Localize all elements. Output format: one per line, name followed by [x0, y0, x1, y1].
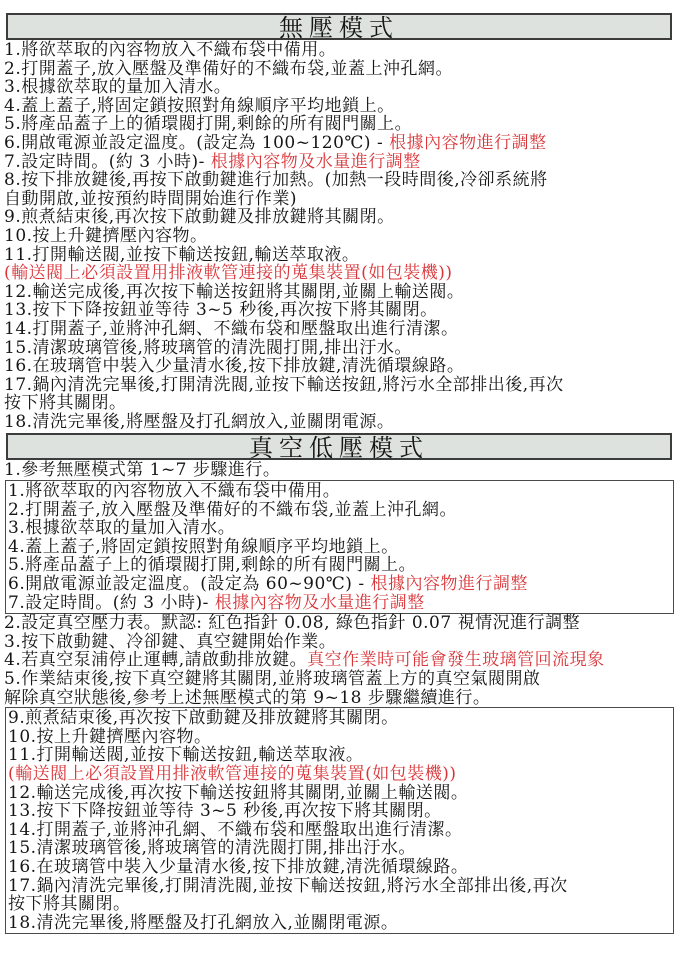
step-text: 11.打開輸送閥,並按下輸送按鈕,輸送萃取液。 — [8, 745, 363, 765]
step-line: 9.煎煮結束後,再次按下啟動鍵及排放鍵將其關閉。 — [4, 208, 675, 227]
step-text: 12.輸送完成後,再次按下輸送按鈕將其關閉,並關上輸送閥。 — [8, 783, 468, 803]
step-text: 6.開啟電源並設定溫度。(設定為 60~90℃) - — [8, 574, 370, 594]
step-text: 15.清潔玻璃管後,將玻璃管的清洗閥打開,排出汙水。 — [8, 838, 416, 858]
step-line: 2.打開蓋子,放入壓盤及準備好的不織布袋,並蓋上沖孔網。 — [8, 501, 673, 520]
vacuum-mode-box-steps-1-7: 1.將欲萃取的內容物放入不織布袋中備用。2.打開蓋子,放入壓盤及準備好的不織布袋… — [5, 480, 674, 614]
step-text: 18.清洗完畢後,將壓盤及打孔網放入,並關閉電源。 — [8, 913, 398, 933]
step-line: 7.設定時間。(約 3 小時)- 根據內容物及水量進行調整 — [4, 153, 675, 172]
step-line: 4.蓋上蓋子,將固定鎖按照對角線順序平均地鎖上。 — [4, 97, 675, 116]
step-line: 14.打開蓋子,並將沖孔網、不織布袋和壓盤取出進行清潔。 — [8, 821, 673, 840]
step-line: (輸送閥上必須設置用排液軟管連接的蒐集裝置(如包裝機)) — [8, 765, 673, 784]
step-line: 14.打開蓋子,並將沖孔網、不織布袋和壓盤取出進行清潔。 — [4, 320, 675, 339]
step-line: 11.打開輸送閥,並按下輸送按鈕,輸送萃取液。 — [4, 246, 675, 265]
step-note-red: 根據內容物進行調整 — [370, 574, 528, 594]
step-line: 1.將欲萃取的內容物放入不織布袋中備用。 — [8, 482, 673, 501]
step-text: 1.將欲萃取的內容物放入不織布袋中備用。 — [8, 481, 340, 501]
step-line: 自動開啟,並按預約時間開始進行作業) — [4, 190, 675, 209]
step-text: 5.將產品蓋子上的循環閥打開,剩餘的所有閥門關上。 — [8, 555, 416, 575]
step-text: 3.根據欲萃取的量加入清水。 — [4, 77, 231, 97]
step-line: 按下將其關閉。 — [8, 895, 673, 914]
step-line: 13.按下下降按鈕並等待 3~5 秒後,再次按下將其關閉。 — [4, 301, 675, 320]
step-text: 9.煎煮結束後,再次按下啟動鍵及排放鍵將其關閉。 — [8, 708, 399, 728]
step-text: 5.作業結束後,按下真空鍵將其關閉,並將玻璃管蓋上方的真空氣閥開啟 — [4, 669, 541, 689]
step-text: 16.在玻璃管中裝入少量清水後,按下排放鍵,清洗循環線路。 — [4, 356, 464, 376]
step-text: 1.將欲萃取的內容物放入不織布袋中備用。 — [4, 40, 336, 60]
step-line: 2.設定真空壓力表。默認: 紅色指針 0.08, 綠色指針 0.07 視情況進行… — [4, 614, 675, 633]
step-note-red: 根據內容物進行調整 — [389, 133, 547, 153]
step-text: 11.打開輸送閥,並按下輸送按鈕,輸送萃取液。 — [4, 245, 359, 265]
step-line: 15.清潔玻璃管後,將玻璃管的清洗閥打開,排出汙水。 — [8, 839, 673, 858]
step-text: 2.打開蓋子,放入壓盤及準備好的不織布袋,並蓋上沖孔網。 — [8, 500, 457, 520]
step-line: 6.開啟電源並設定溫度。(設定為 100~120℃) - 根據內容物進行調整 — [4, 134, 675, 153]
step-line: 3.按下啟動鍵、冷卻鍵、真空鍵開始作業。 — [4, 633, 675, 652]
step-text: 按下將其關閉。 — [8, 894, 131, 914]
step-line: 4.若真空泵浦停止運轉,請啟動排放鍵。真空作業時可能會發生玻璃管回流現象 — [4, 651, 675, 670]
step-note-red: (輸送閥上必須設置用排液軟管連接的蒐集裝置(如包裝機)) — [4, 263, 453, 283]
step-text: 15.清潔玻璃管後,將玻璃管的清洗閥打開,排出汙水。 — [4, 338, 412, 358]
step-line: 1.將欲萃取的內容物放入不織布袋中備用。 — [4, 41, 675, 60]
step-text: 13.按下下降按鈕並等待 3~5 秒後,再次按下將其關閉。 — [4, 300, 438, 320]
section-title-no-pressure-mode: 無壓模式 — [6, 13, 672, 40]
step-text: 4.若真空泵浦停止運轉,請啟動排放鍵。 — [4, 650, 307, 670]
step-line: 3.根據欲萃取的量加入清水。 — [8, 519, 673, 538]
step-line: 15.清潔玻璃管後,將玻璃管的清洗閥打開,排出汙水。 — [4, 339, 675, 358]
vacuum-mode-box-steps-9-18: 9.煎煮結束後,再次按下啟動鍵及排放鍵將其關閉。10.按上升鍵擠壓內容物。11.… — [5, 707, 674, 934]
step-note-red: 根據內容物及水量進行調整 — [211, 152, 421, 172]
step-text: 3.按下啟動鍵、冷卻鍵、真空鍵開始作業。 — [4, 632, 336, 652]
step-text: 17.鍋內清洗完畢後,打開清洗閥,並按下輸送按鈕,將污水全部排出後,再次 — [4, 375, 564, 395]
step-text: 12.輸送完成後,再次按下輸送按鈕將其關閉,並關上輸送閥。 — [4, 282, 464, 302]
step-line: 17.鍋內清洗完畢後,打開清洗閥,並按下輸送按鈕,將污水全部排出後,再次 — [8, 877, 673, 896]
step-text: 1.參考無壓模式第 1~7 步驟進行。 — [4, 460, 280, 480]
step-line: 5.作業結束後,按下真空鍵將其關閉,並將玻璃管蓋上方的真空氣閥開啟 — [4, 670, 675, 689]
step-note-red: 根據內容物及水量進行調整 — [215, 593, 425, 613]
step-line: 3.根據欲萃取的量加入清水。 — [4, 78, 675, 97]
step-text: 4.蓋上蓋子,將固定鎖按照對角線順序平均地鎖上。 — [8, 537, 399, 557]
step-text: 按下將其關閉。 — [4, 393, 127, 413]
step-line: 8.按下排放鍵後,再按下啟動鍵進行加熱。(加熱一段時間後,冷卻系統將 — [4, 171, 675, 190]
step-text: 17.鍋內清洗完畢後,打開清洗閥,並按下輸送按鈕,將污水全部排出後,再次 — [8, 876, 568, 896]
step-text: 14.打開蓋子,並將沖孔網、不織布袋和壓盤取出進行清潔。 — [8, 820, 462, 840]
step-note-red: 真空作業時可能會發生玻璃管回流現象 — [307, 650, 605, 670]
no-pressure-mode-steps: 1.將欲萃取的內容物放入不織布袋中備用。2.打開蓋子,放入壓盤及準備好的不織布袋… — [4, 41, 675, 431]
step-note-red: (輸送閥上必須設置用排液軟管連接的蒐集裝置(如包裝機)) — [8, 764, 457, 784]
step-text: 10.按上升鍵擠壓內容物。 — [8, 727, 212, 747]
step-line: 2.打開蓋子,放入壓盤及準備好的不織布袋,並蓋上沖孔網。 — [4, 60, 675, 79]
step-text: 3.根據欲萃取的量加入清水。 — [8, 518, 235, 538]
step-text: 5.將產品蓋子上的循環閥打開,剩餘的所有閥門關上。 — [4, 114, 412, 134]
vacuum-mode-intro: 1.參考無壓模式第 1~7 步驟進行。 — [4, 461, 675, 480]
step-line: 12.輸送完成後,再次按下輸送按鈕將其關閉,並關上輸送閥。 — [8, 784, 673, 803]
step-line: 7.設定時間。(約 3 小時)- 根據內容物及水量進行調整 — [8, 594, 673, 613]
step-line: 18.清洗完畢後,將壓盤及打孔網放入,並關閉電源。 — [8, 914, 673, 933]
step-line: 9.煎煮結束後,再次按下啟動鍵及排放鍵將其關閉。 — [8, 709, 673, 728]
step-line: 13.按下下降按鈕並等待 3~5 秒後,再次按下將其關閉。 — [8, 802, 673, 821]
step-line: 4.蓋上蓋子,將固定鎖按照對角線順序平均地鎖上。 — [8, 538, 673, 557]
step-text: 10.按上升鍵擠壓內容物。 — [4, 226, 208, 246]
step-text: 解除真空狀態後,參考上述無壓模式的第 9~18 步驟繼續進行。 — [4, 688, 490, 708]
step-line: 18.清洗完畢後,將壓盤及打孔網放入,並關閉電源。 — [4, 413, 675, 432]
step-text: 18.清洗完畢後,將壓盤及打孔網放入,並關閉電源。 — [4, 412, 394, 432]
step-line: 5.將產品蓋子上的循環閥打開,剩餘的所有閥門關上。 — [4, 115, 675, 134]
step-text: 2.打開蓋子,放入壓盤及準備好的不織布袋,並蓋上沖孔網。 — [4, 59, 453, 79]
step-line: (輸送閥上必須設置用排液軟管連接的蒐集裝置(如包裝機)) — [4, 264, 675, 283]
step-text: 9.煎煮結束後,再次按下啟動鍵及排放鍵將其關閉。 — [4, 207, 395, 227]
vacuum-mode-steps-2-5: 2.設定真空壓力表。默認: 紅色指針 0.08, 綠色指針 0.07 視情況進行… — [4, 614, 675, 707]
step-text: 7.設定時間。(約 3 小時)- — [4, 152, 211, 172]
step-line: 17.鍋內清洗完畢後,打開清洗閥,並按下輸送按鈕,將污水全部排出後,再次 — [4, 376, 675, 395]
step-line: 16.在玻璃管中裝入少量清水後,按下排放鍵,清洗循環線路。 — [8, 858, 673, 877]
step-text: 8.按下排放鍵後,再按下啟動鍵進行加熱。(加熱一段時間後,冷卻系統將 — [4, 170, 548, 190]
step-line: 按下將其關閉。 — [4, 394, 675, 413]
step-line: 解除真空狀態後,參考上述無壓模式的第 9~18 步驟繼續進行。 — [4, 689, 675, 708]
step-line: 5.將產品蓋子上的循環閥打開,剩餘的所有閥門關上。 — [8, 556, 673, 575]
step-line: 10.按上升鍵擠壓內容物。 — [8, 728, 673, 747]
instruction-document: 無壓模式 1.將欲萃取的內容物放入不織布袋中備用。2.打開蓋子,放入壓盤及準備好… — [0, 0, 678, 960]
step-text: 7.設定時間。(約 3 小時)- — [8, 593, 215, 613]
step-line: 16.在玻璃管中裝入少量清水後,按下排放鍵,清洗循環線路。 — [4, 357, 675, 376]
step-line: 12.輸送完成後,再次按下輸送按鈕將其關閉,並關上輸送閥。 — [4, 283, 675, 302]
step-text: 4.蓋上蓋子,將固定鎖按照對角線順序平均地鎖上。 — [4, 96, 395, 116]
step-line: 6.開啟電源並設定溫度。(設定為 60~90℃) - 根據內容物進行調整 — [8, 575, 673, 594]
section-title-vacuum-low-pressure-mode: 真空低壓模式 — [6, 433, 672, 460]
step-line: 1.參考無壓模式第 1~7 步驟進行。 — [4, 461, 675, 480]
step-text: 自動開啟,並按預約時間開始進行作業) — [4, 189, 297, 209]
step-text: 16.在玻璃管中裝入少量清水後,按下排放鍵,清洗循環線路。 — [8, 857, 468, 877]
step-text: 14.打開蓋子,並將沖孔網、不織布袋和壓盤取出進行清潔。 — [4, 319, 458, 339]
step-line: 10.按上升鍵擠壓內容物。 — [4, 227, 675, 246]
step-text: 2.設定真空壓力表。默認: 紅色指針 0.08, 綠色指針 0.07 視情況進行… — [4, 613, 580, 633]
step-text: 6.開啟電源並設定溫度。(設定為 100~120℃) - — [4, 133, 389, 153]
step-line: 11.打開輸送閥,並按下輸送按鈕,輸送萃取液。 — [8, 746, 673, 765]
step-text: 13.按下下降按鈕並等待 3~5 秒後,再次按下將其關閉。 — [8, 801, 442, 821]
